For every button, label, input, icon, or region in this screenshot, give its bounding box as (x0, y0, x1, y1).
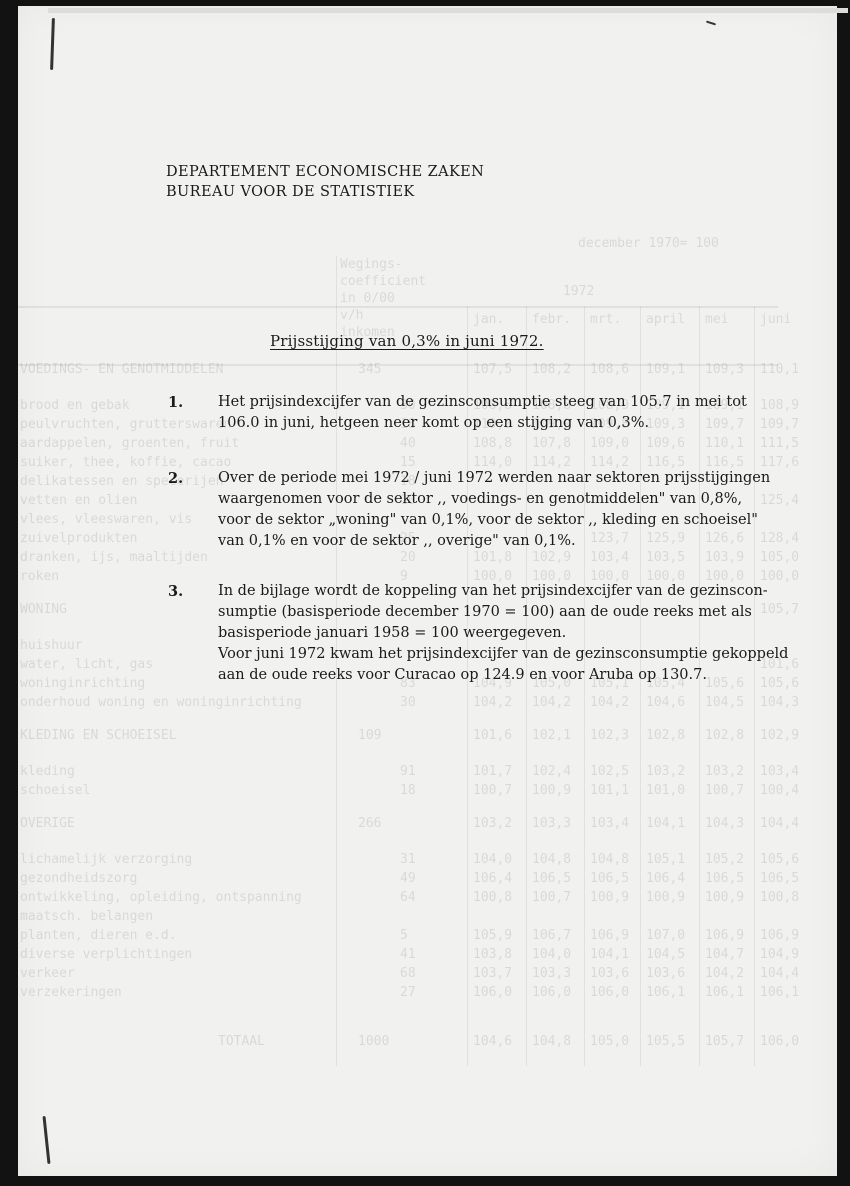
department-name: DEPARTEMENT ECONOMISCHE ZAKEN (166, 162, 484, 182)
department-header: DEPARTEMENT ECONOMISCHE ZAKEN BUREAU VOO… (166, 162, 484, 202)
document-page: december 1970= 100Wegings- coefficient i… (18, 6, 837, 1176)
paragraph-body: In de bijlage wordt de koppeling van het… (218, 581, 838, 686)
paragraph-number: 1. (168, 392, 198, 413)
paragraph-line: In de bijlage wordt de koppeling van het… (218, 581, 838, 602)
paragraph-body: Het prijsindexcijfer van de gezinsconsum… (218, 392, 838, 434)
paragraph-body: Over de periode mei 1972 / juni 1972 wer… (218, 468, 838, 552)
paragraph-line: Het prijsindexcijfer van de gezinsconsum… (218, 392, 838, 413)
paragraph-line: aan de oude reeks voor Curacao op 124.9 … (218, 665, 838, 686)
document-title: Prijsstijging van 0,3% in juni 1972. (270, 332, 544, 350)
bureau-name: BUREAU VOOR DE STATISTIEK (166, 182, 484, 202)
paragraph-number: 2. (168, 468, 198, 489)
paragraph-line: voor de sektor „woning" van 0,1%, voor d… (218, 510, 838, 531)
paragraph-line: waargenomen voor de sektor ,, voedings- … (218, 489, 838, 510)
paragraph-line: 106.0 in juni, hetgeen neer komt op een … (218, 413, 838, 434)
paragraph-line: Voor juni 1972 kwam het prijsindexcijfer… (218, 644, 838, 665)
paragraph-line: Over de periode mei 1972 / juni 1972 wer… (218, 468, 838, 489)
paragraph-number: 3. (168, 581, 198, 602)
paragraph-line: basisperiode januari 1958 = 100 weergege… (218, 623, 838, 644)
paragraph-line: van 0,1% en voor de sektor ,, overige" v… (218, 531, 838, 552)
paragraph-line: sumptie (basisperiode december 1970 = 10… (218, 602, 838, 623)
